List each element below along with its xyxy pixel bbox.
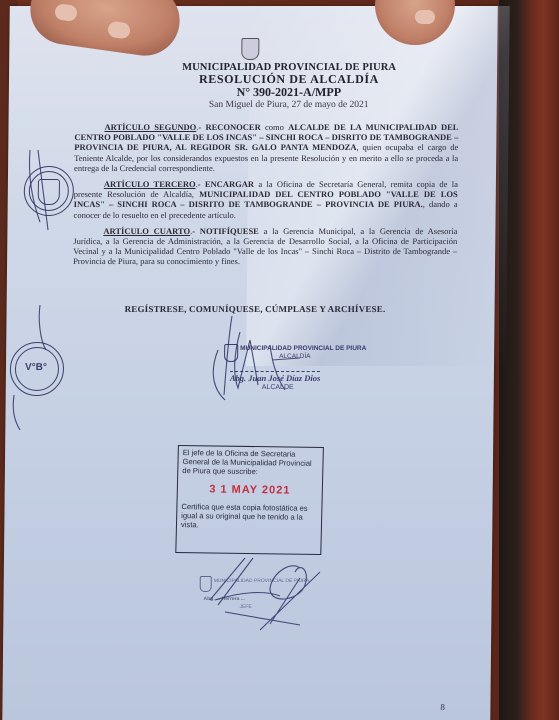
- article-heading: ARTÍCULO SEGUNDO: [104, 122, 196, 132]
- article-segundo: ARTÍCULO SEGUNDO.- RECONOCER como ALCALD…: [74, 122, 459, 173]
- secretary-name: Abg. ... Herrera ...: [204, 596, 245, 602]
- page-number: 8: [440, 702, 445, 712]
- secretary-role: JEFE: [239, 604, 251, 610]
- legal-approval-seal: V°B°: [10, 342, 65, 396]
- fingernail: [54, 3, 78, 22]
- seal-crest-icon: [38, 179, 60, 205]
- vb-mark: V°B°: [25, 362, 47, 373]
- wooden-surface-right: [499, 0, 559, 720]
- certification-intro: El jefe de la Oficina de Secretaria Gene…: [182, 448, 319, 477]
- stamp-crest-icon: [224, 344, 238, 362]
- article-heading: ARTÍCULO CUARTO: [103, 226, 190, 236]
- closing-formula: REGÍSTRESE, COMUNÍQUESE, CÚMPLASE Y ARCH…: [125, 304, 386, 314]
- stamp-office: ALCALDÍA: [279, 353, 311, 360]
- certification-date: 3 1 MAY 2021: [182, 485, 318, 496]
- article-heading: ARTÍCULO TERCERO: [104, 179, 196, 189]
- fingernail: [415, 10, 435, 24]
- article-verb: RECONOCER: [205, 122, 260, 132]
- document-body: ARTÍCULO SEGUNDO.- RECONOCER como ALCALD…: [73, 122, 459, 273]
- document-header: MUNICIPALIDAD PROVINCIAL DE PIURA RESOLU…: [139, 62, 440, 110]
- certification-stamp: El jefe de la Oficina de Secretaria Gene…: [175, 445, 324, 555]
- certification-statement: Certifica que esta copia fotostática es …: [181, 502, 318, 531]
- secretary-stamp: MUNICIPALIDAD PROVINCIAL DE PIURA Abg. .…: [199, 576, 319, 616]
- article-tercero: ARTÍCULO TERCERO.- ENCARGAR a la Oficina…: [74, 179, 458, 220]
- stamp-organization: MUNICIPALIDAD PROVINCIAL DE PIURA: [240, 345, 366, 352]
- article-cuarto: ARTÍCULO CUARTO.- NOTIFÍQUESE a la Geren…: [73, 226, 457, 267]
- mayor-name: Abg. Juan José Díaz Dios: [230, 371, 321, 383]
- mayor-role: ALCALDE: [262, 384, 294, 391]
- secretary-stamp-org: MUNICIPALIDAD PROVINCIAL DE PIURA: [214, 578, 309, 584]
- article-text: como: [261, 122, 288, 132]
- place-date: San Miguel de Piura, 27 de mayo de 2021: [139, 100, 439, 110]
- stamp-crest-icon: [200, 576, 212, 592]
- separator: .-: [196, 122, 205, 132]
- document-page: MUNICIPALIDAD PROVINCIAL DE PIURA RESOLU…: [2, 6, 498, 720]
- municipal-seal: [24, 166, 75, 216]
- article-verb: NOTIFÍQUESE: [200, 226, 259, 236]
- resolution-number: N° 390-2021-A/MPP: [139, 86, 439, 99]
- municipal-crest-icon: [241, 38, 259, 60]
- article-verb: ENCARGAR: [205, 179, 254, 189]
- fingernail: [107, 21, 131, 40]
- separator: .-: [196, 179, 205, 189]
